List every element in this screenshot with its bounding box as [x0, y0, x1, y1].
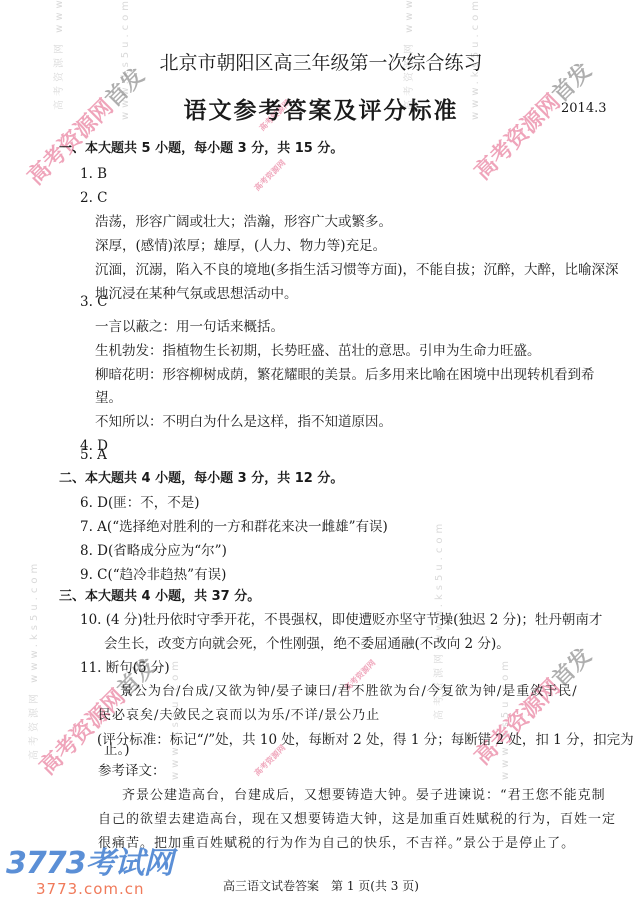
answer-3: 3. C	[80, 293, 108, 311]
logo-main-text: 3773考试网	[6, 848, 173, 880]
answer-2: 2. C	[80, 189, 108, 207]
answer-6: 6. D(匪：不，不是)	[80, 494, 200, 512]
section-heading-2: 二、本大题共 4 小题，每小题 3 分，共 12 分。	[59, 470, 343, 488]
answer-8: 8. D(省略成分应为“尔”)	[80, 542, 227, 560]
answer-7: 7. A(“选择绝对胜利的一方和群花来决一雌雄”有误)	[80, 518, 388, 536]
watermark-small-stamp: 高考资源网	[252, 157, 288, 193]
answer-10: 10. (4 分)牡丹依时守季开花，不畏强权，即使遭贬亦坚守节操(独迟 2 分)…	[80, 611, 602, 629]
answer-11: 11. 断句(5 分)	[80, 659, 170, 677]
answer-11-scoring: (评分标准：标记“/”处，共 10 处，每断对 2 处，得 1 分；每断错 2 …	[97, 731, 634, 749]
document-page: 高考资源网 www.ks5u.com www.ks5u.com 高考资源网 ww…	[0, 0, 642, 910]
site-logo[interactable]: 3773考试网 3773.com.cn	[6, 848, 173, 898]
answer-3-explanation: 不知所以：不明白为什么是这样，指不知道原因。	[95, 413, 392, 431]
translation-text: 自己的欲望去建造高台，现在又想要铸造大钟，这是加重百姓赋税的行为，百姓一定	[98, 811, 616, 829]
document-date: 2014.3	[561, 101, 607, 116]
answer-11-punctuation: 民必哀矣/夫敛民之哀而以为乐/不详/景公乃止	[98, 707, 380, 725]
answer-9: 9. C(“趋冷非趋热”有误)	[80, 566, 226, 584]
watermark-vertical-url: 高考资源网 www.ks5u.com	[25, 560, 40, 760]
answer-2-explanation: 地沉浸在某种气氛或思想活动中。	[95, 285, 298, 303]
answer-2-explanation: 沉湎，沉溺，陷入不良的境地(多指生活习惯等方面)，不能自拔；沉醉，大醉，比喻深深	[95, 261, 619, 279]
answer-2-explanation: 深厚，(感情)浓厚；雄厚，(人力、物力等)充足。	[95, 237, 386, 255]
watermark-stamp: 高考资源网首发	[467, 640, 598, 771]
translation-text: 齐景公建造高台，台建成后，又想要铸造大钟。晏子进谏说：“君王您不能克制	[122, 787, 606, 805]
section-heading-3: 三、本大题共 4 小题，共 37 分。	[59, 588, 260, 606]
document-subtitle: 语文参考答案及评分标准	[0, 92, 642, 125]
answer-11-punctuation: 景公为台/台成/又欲为钟/晏子谏曰/君不胜欲为台/今复欲为钟/是重敛于民/	[120, 683, 578, 701]
logo-url-text: 3773.com.cn	[36, 880, 173, 898]
answer-3-explanation: 生机勃发：指植物生长初期，长势旺盛、茁壮的意思。引申为生命力旺盛。	[95, 342, 541, 360]
section-heading-1: 一、本大题共 5 小题，每小题 3 分，共 15 分。	[59, 140, 343, 158]
document-title: 北京市朝阳区高三年级第一次综合练习	[0, 48, 642, 75]
answer-3-explanation: 一言以蔽之：用一句话来概括。	[95, 318, 284, 336]
answer-3-explanation: 望。	[95, 389, 122, 407]
answer-3-explanation: 柳暗花明：形容柳树成荫，繁花耀眼的美景。后多用来比喻在困境中出现转机看到希	[95, 366, 595, 384]
translation-label: 参考译文：	[98, 762, 166, 780]
answer-5: 5. A	[80, 446, 107, 464]
answer-11-scoring: 止。)	[104, 741, 130, 759]
answer-10-cont: 会生长，改变方向就会死，个性刚强，绝不委屈通融(不改向 2 分)。	[104, 635, 510, 653]
answer-2-explanation: 浩荡，形容广阔或壮大；浩瀚，形容广大或繁多。	[95, 213, 392, 231]
answer-1: 1. B	[80, 165, 107, 183]
